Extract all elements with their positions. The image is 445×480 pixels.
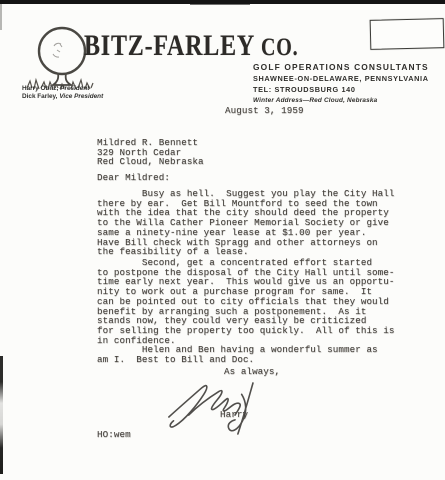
body-paragraph-2: Second, get a concentrated effort starte…: [97, 258, 395, 345]
company-name-main: BITZ-FARLEY: [84, 29, 261, 62]
signature-typed-name: Harry: [220, 410, 248, 420]
blank-stamp-box: [370, 18, 445, 50]
harry-signature-scrawl: [166, 379, 270, 438]
typist-initials: HO:wem: [97, 430, 131, 440]
officer-title: President: [60, 85, 89, 92]
body-paragraph-1: Busy as hell. Suggest you play the City …: [97, 189, 395, 257]
officer-name: Harry Obitz,: [22, 85, 58, 92]
company-name-suffix: CO.: [261, 34, 298, 61]
recipient-address: Mildred R. Bennett 329 North Cedar Red C…: [97, 138, 204, 167]
winter-address-line: Winter Address—Red Cloud, Nebraska: [253, 97, 429, 104]
closing-line: As always,: [224, 367, 280, 377]
officer-vice-president: Dick Farley,Vice President: [22, 93, 103, 101]
scan-left-edge-mark-top: [0, 4, 2, 30]
company-name: BITZ-FARLEY CO.: [84, 33, 298, 61]
location-line: SHAWNEE-ON-DELAWARE, PENNSYLVANIA: [253, 74, 429, 83]
officer-title: Vice President: [59, 93, 103, 100]
body-paragraph-3: Helen and Ben having a wonderful summer …: [97, 345, 378, 364]
scanned-letter-page: BITZ-FARLEY CO. GOLF OPERATIONS CONSULTA…: [0, 0, 445, 480]
scan-top-edge-artifact: [0, 0, 445, 4]
scan-left-edge-mark-bottom: [0, 356, 3, 474]
letterhead-contact-block: GOLF OPERATIONS CONSULTANTS SHAWNEE-ON-D…: [253, 62, 429, 104]
consultants-line: GOLF OPERATIONS CONSULTANTS: [253, 62, 429, 72]
officers-block: Harry Obitz,President Dick Farley,Vice P…: [22, 85, 103, 101]
letter-date: August 3, 1959: [225, 106, 304, 116]
officer-president: Harry Obitz,President: [22, 85, 103, 93]
officer-name: Dick Farley,: [22, 93, 57, 100]
phone-line: TEL: STROUDSBURG 140: [253, 85, 429, 94]
salutation: Dear Mildred:: [97, 173, 170, 183]
